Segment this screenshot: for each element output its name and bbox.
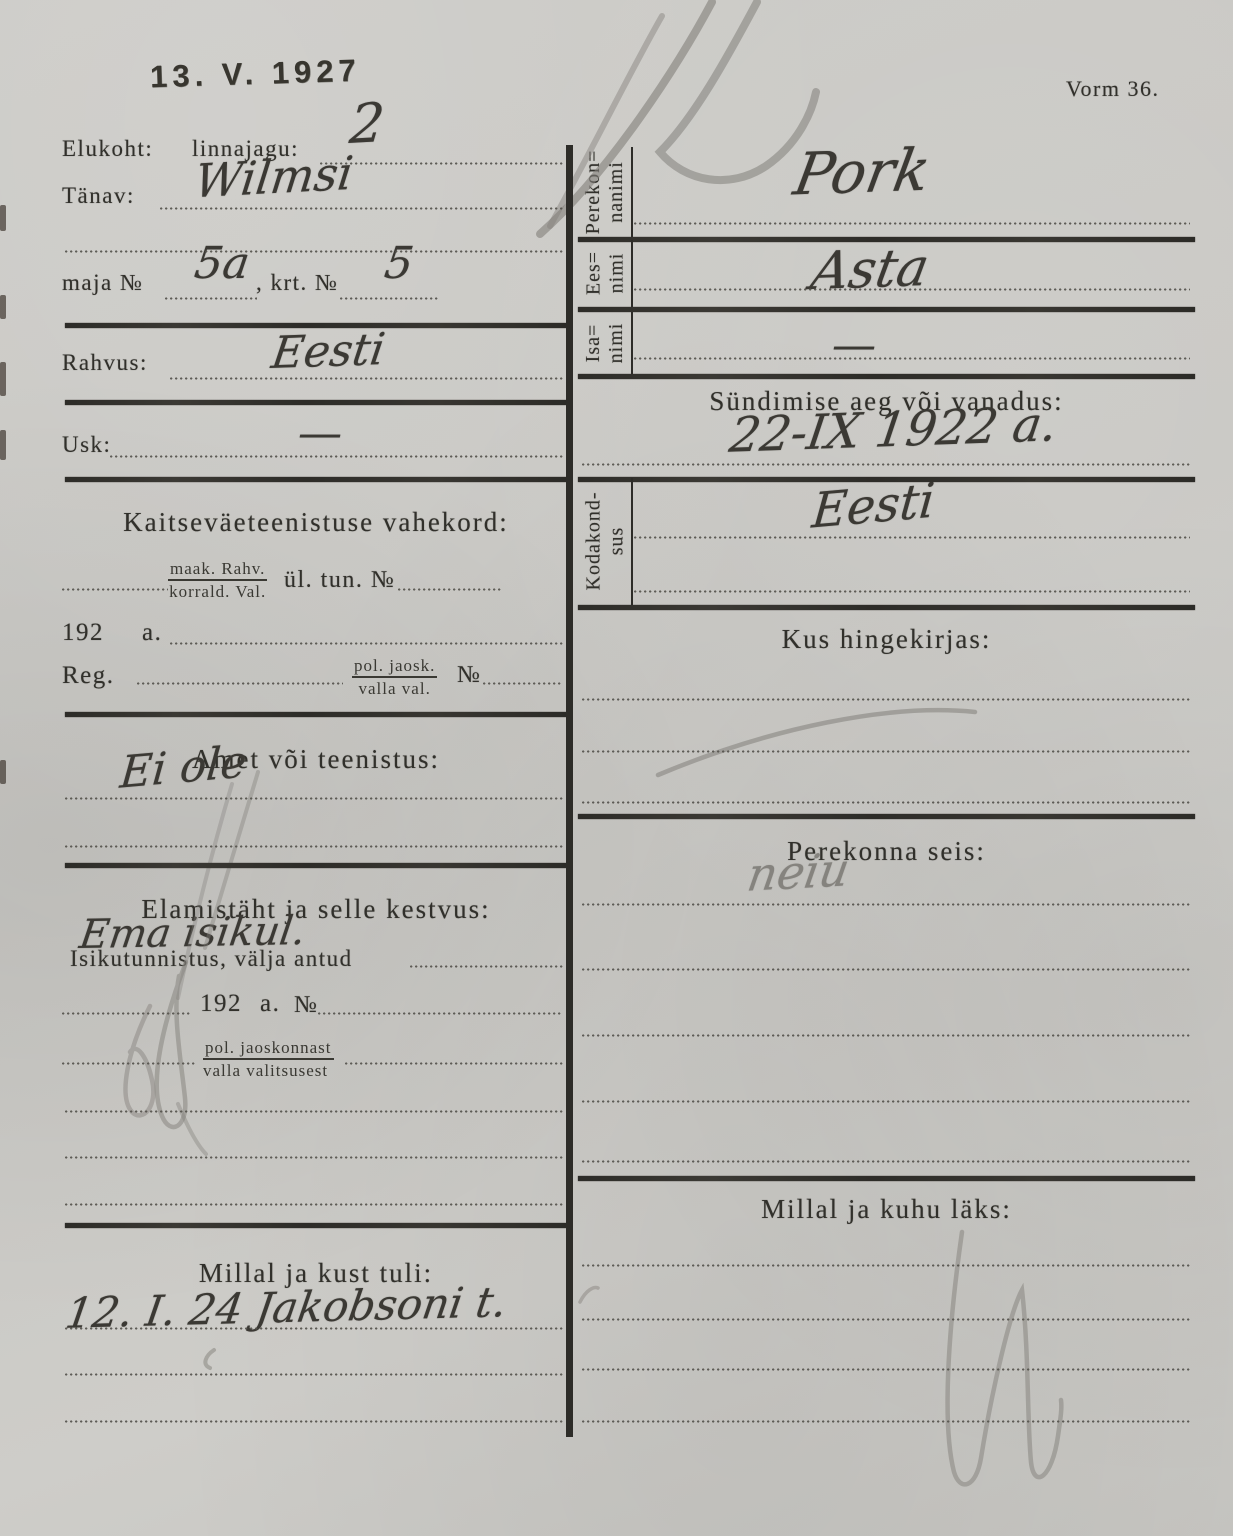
maak-rahv-fraction: maak. Rahv. korrald. Val. [168,558,267,603]
dotted-rule [582,1368,1190,1371]
thick-rule [578,1176,1195,1181]
dotted-rule [582,463,1190,466]
label-separator [631,240,633,307]
sundimise-value: 22-IX 1922 a. [726,396,1061,464]
thick-rule [578,814,1195,819]
pencil-scribble-loop2 [126,1006,154,1115]
dotted-rule [137,682,343,685]
dotted-rule [65,1203,563,1206]
pencil-hook-bottom-left [205,1350,214,1368]
reg-label: Reg. [62,662,115,690]
reg-no-sign: № [457,662,481,689]
perekonnanimi-value: Pork [789,135,935,208]
dotted-rule [634,222,1190,225]
thick-rule [65,712,567,717]
maja-number-label: maja № [62,270,143,296]
isikutunnistus-label: Isikutunnistus, välja antud [70,946,353,972]
thick-rule [65,477,567,482]
dotted-rule [62,588,168,591]
perekonnanimi-label-line2: nanimi [605,161,628,223]
maak-rahv-top: maak. Rahv. [168,558,267,581]
krt-number-value: 5 [381,238,416,289]
dotted-rule [62,1062,195,1065]
maja-number-value: 5a [191,238,252,289]
year-a: a. [142,619,162,647]
dotted-rule [582,698,1190,701]
dotted-rule [582,801,1190,804]
year2-a: a. [260,990,280,1018]
dotted-rule [634,590,1190,593]
rahvus-value: Eesti [268,324,388,379]
dotted-rule [62,1012,190,1015]
dotted-rule [398,588,502,591]
pol-jaoskonnast-bottom: valla valitsusest [203,1060,328,1081]
krt-number-label: , krt. № [256,270,339,296]
dotted-rule [320,162,563,165]
dotted-rule [582,1100,1190,1103]
pencil-arc [658,710,975,775]
thick-rule [65,863,567,868]
dotted-rule [165,297,257,300]
eesnimi-label-line1: Ees= [583,251,606,295]
thick-rule [578,605,1195,610]
millal-laks-header: Millal ja kuhu läks: [578,1194,1195,1225]
form-number: Vorm 36. [1066,76,1160,102]
label-separator [631,312,633,374]
pencil-tick-divider [580,1288,598,1302]
perekonnanimi-label: Perekon= nanimi [579,147,631,237]
pol-jaoskonnast-fraction: pol. jaoskonnast valla valitsusest [203,1037,334,1082]
dotted-rule [582,750,1190,753]
isanimi-label-line2: nimi [605,323,628,364]
dotted-rule [65,1373,563,1376]
kodakondsus-value: Eesti [810,472,937,539]
perekonnanimi-label-line1: Perekon= [582,150,605,235]
label-separator [631,478,633,605]
dotted-rule [160,207,563,210]
thick-rule [65,1223,567,1228]
dotted-rule [582,1034,1190,1037]
eesnimi-label-line2: nimi [606,253,629,294]
pencil-initial-bowl [660,2,816,180]
pencil-scribble-loop1 [157,962,186,1127]
dotted-rule [582,1264,1190,1267]
dotted-rule [582,1318,1190,1321]
paper-edge-mark [0,362,6,396]
kodakondsus-label: Kodakond- sus [580,478,632,605]
dotted-rule [65,845,563,848]
paper-edge-mark [0,295,6,319]
paper-edge-mark [0,760,6,784]
pol-jaoskonnast-top: pol. jaoskonnast [203,1037,334,1060]
rahvus-label: Rahvus: [62,350,148,376]
registration-card: 13. V. 1927 Vorm 36. Elukoht: linnajagu:… [0,0,1233,1536]
kus-hingekirjas-header: Kus hingekirjas: [578,624,1195,655]
dotted-rule [345,1062,563,1065]
thick-rule [578,477,1195,482]
paper-edge-mark [0,205,6,231]
perekonna-seis-value: neiu [744,842,854,902]
dotted-rule [170,642,563,645]
dotted-rule [318,1012,563,1015]
isanimi-label: Isa= nimi [579,312,631,374]
eesnimi-label: Ees= nimi [580,240,632,307]
usk-value: — [298,408,342,459]
elukoht-label: Elukoht: [62,136,153,162]
kodakondsus-label-line1: Kodakond- [583,492,606,591]
pencil-m-scrawl [948,1232,1062,1484]
thick-rule [578,374,1195,379]
paper-edge-mark [0,430,6,460]
isanimi-label-line1: Isa= [582,324,605,363]
dotted-rule [483,682,563,685]
column-divider [566,145,573,1437]
tanav-label: Tänav: [62,183,135,209]
perekonna-seis-header: Perekonna seis: [578,836,1195,867]
year-prefix: 192 [62,619,104,647]
dotted-rule [110,455,563,458]
date-stamp: 13. V. 1927 [149,53,361,96]
isanimi-value: — [832,320,876,371]
ul-tun-label: ül. tun. № [284,567,395,594]
dotted-rule [65,1420,563,1423]
dotted-rule [65,250,563,253]
dotted-rule [340,297,440,300]
kodakondsus-label-line2: sus [606,527,629,556]
pol-jaosk-top: pol. jaosk. [352,655,437,678]
thick-rule [578,237,1195,242]
dotted-rule [170,377,563,380]
thick-rule [578,307,1195,312]
dotted-rule [582,1160,1190,1163]
pol-jaosk-bottom: valla val. [359,678,431,699]
tanav-value: Wilmsi [192,146,356,209]
dotted-rule [65,1327,563,1330]
usk-label: Usk: [62,432,111,458]
dotted-rule [65,797,563,800]
dotted-rule [634,536,1190,539]
dotted-rule [65,1156,563,1159]
year2-no-sign: № [294,992,318,1019]
pol-jaosk-fraction: pol. jaosk. valla val. [352,655,437,700]
eesnimi-value: Asta [807,238,934,302]
label-separator [631,147,633,237]
dotted-rule [582,903,1190,906]
maak-rahv-bottom: korrald. Val. [169,581,266,602]
dotted-rule [410,965,563,968]
dotted-rule [634,357,1190,360]
dotted-rule [634,288,1190,291]
kaitsevae-header: Kaitseväeteenistuse vahekord: [65,507,567,538]
dotted-rule [582,968,1190,971]
dotted-rule [582,1420,1190,1423]
year2-prefix: 192 [200,990,242,1018]
thick-rule [65,400,567,405]
dotted-rule [65,1110,563,1113]
amet-value: Ei ole [118,736,249,799]
thick-rule [65,323,567,328]
